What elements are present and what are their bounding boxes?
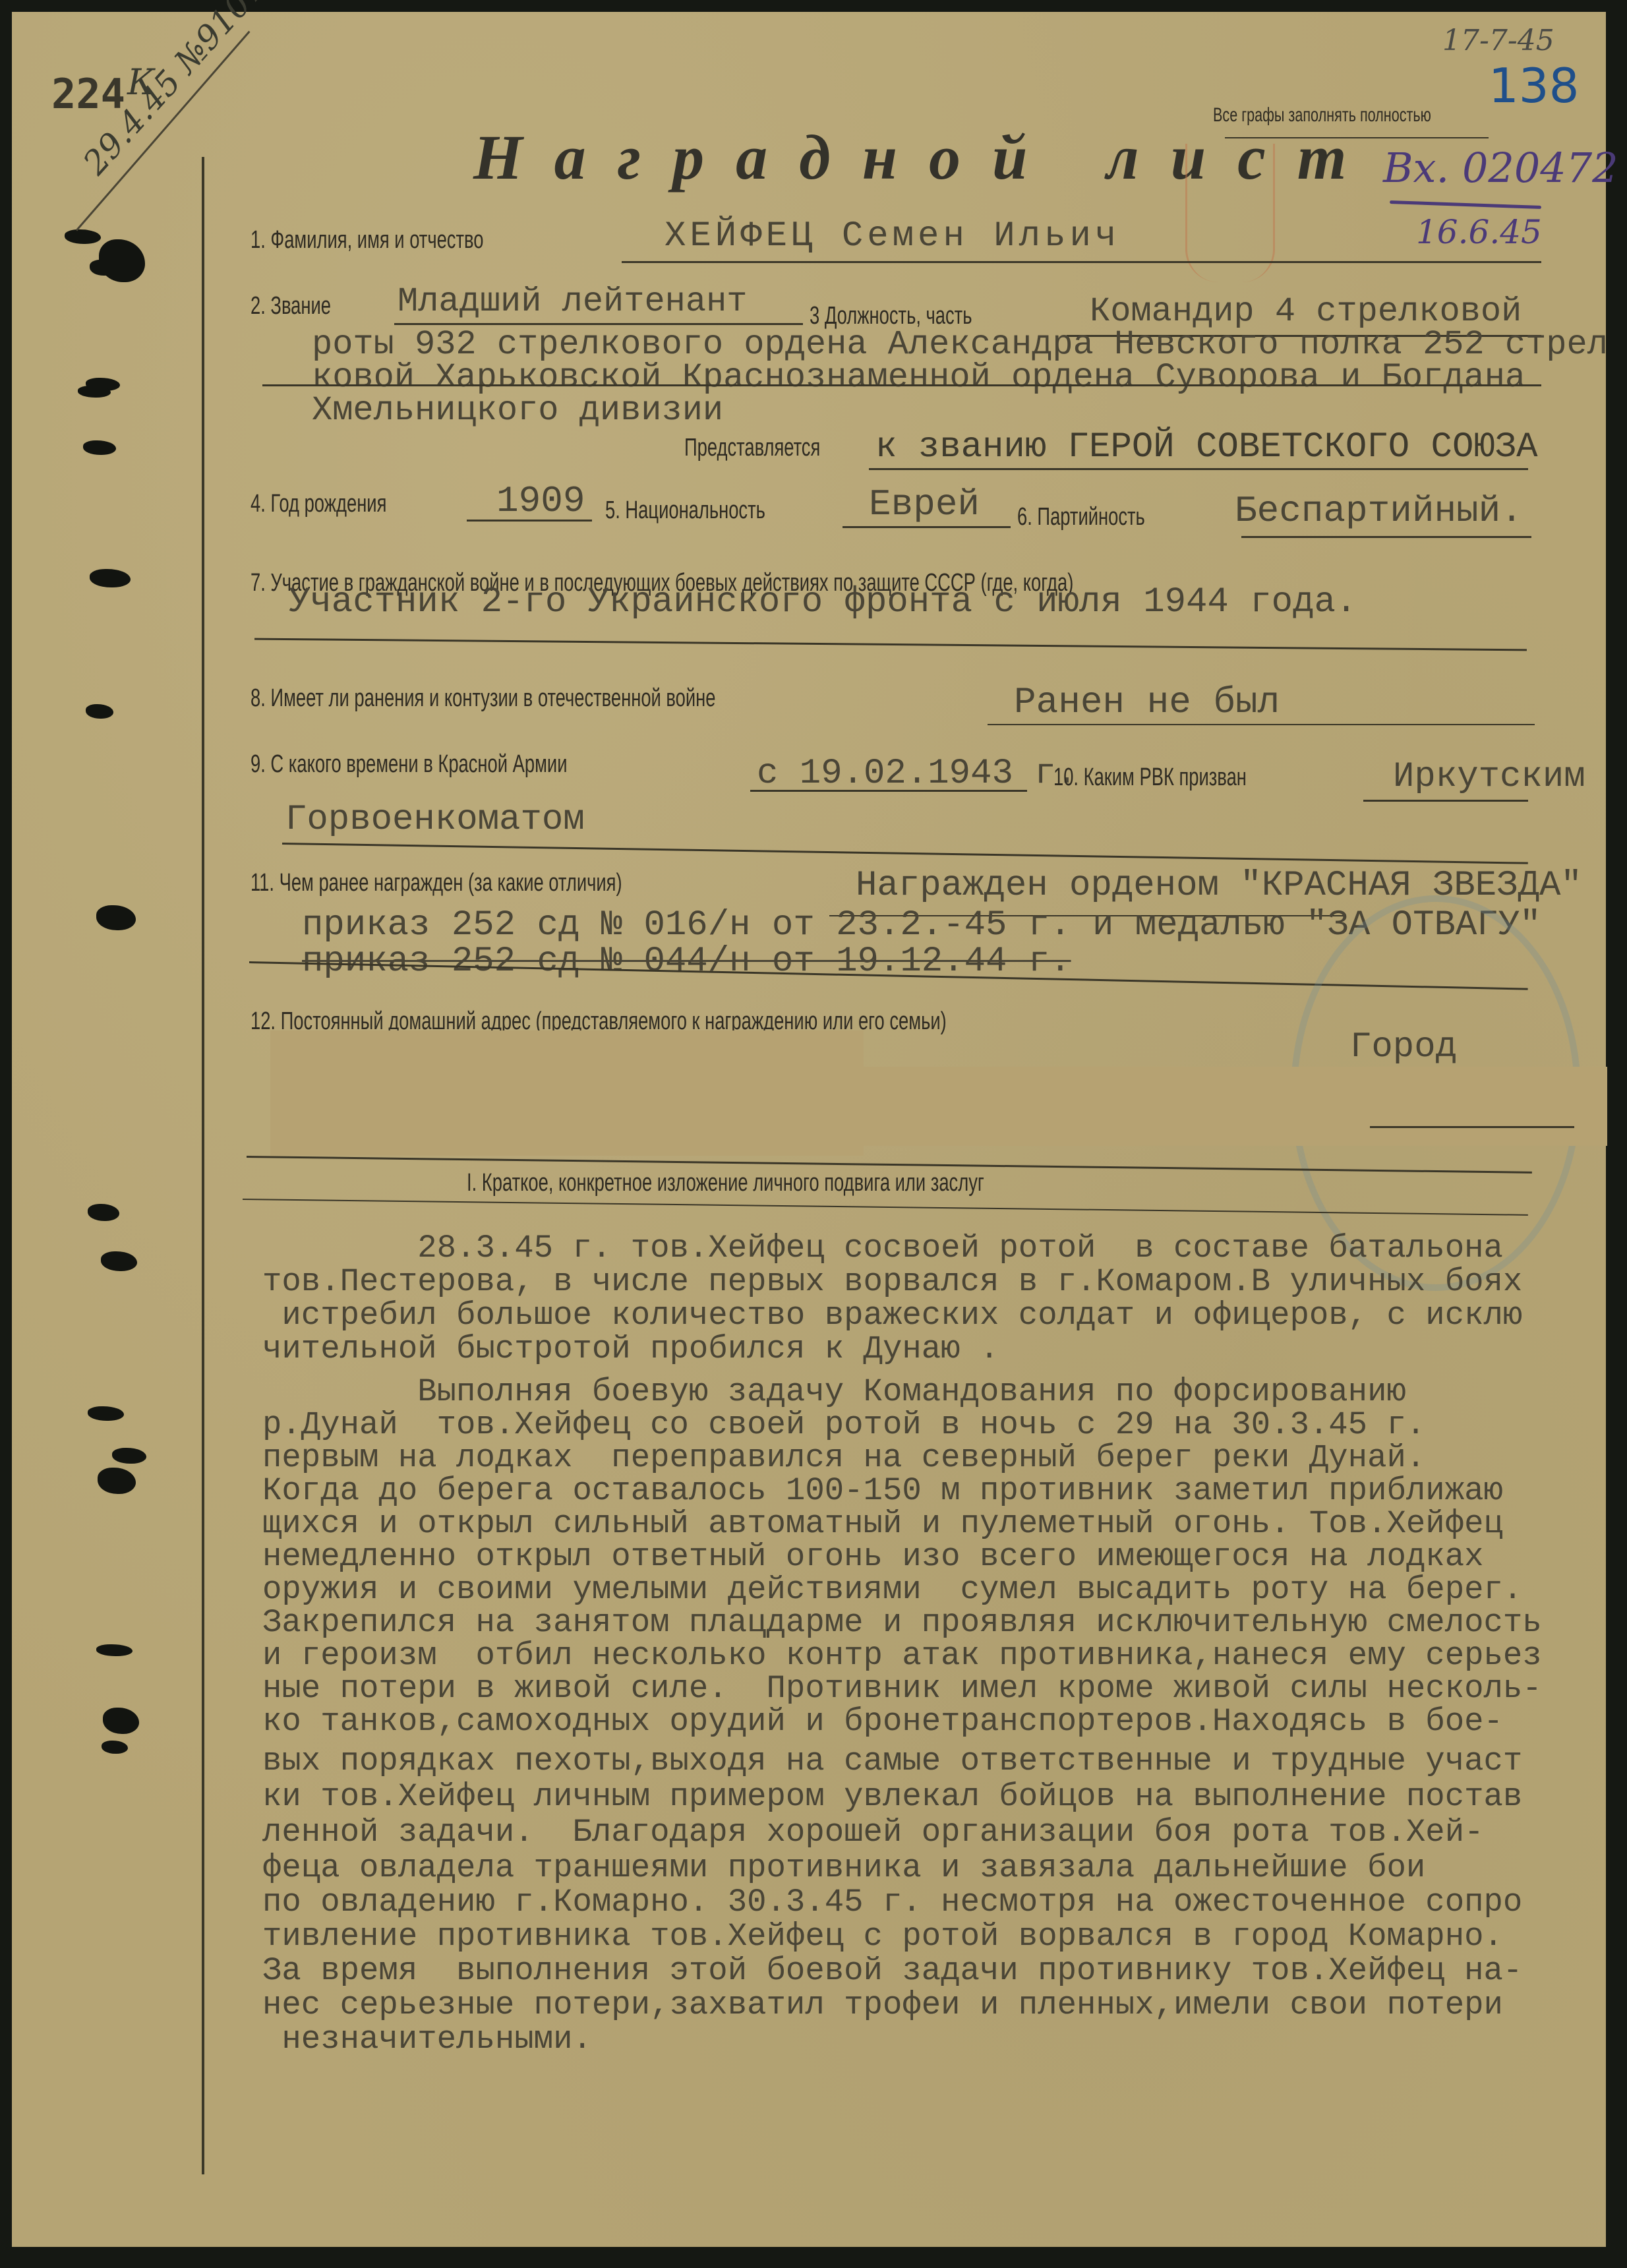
document-sheet: 224 К 29.4.45 №9107 Наградной лист 17-7-…: [12, 12, 1606, 2247]
narrative-line: по овладению г.Комарно. 30.3.45 г. несмо…: [262, 1886, 1607, 1920]
field-1-value: ХЕЙФЕЦ Семен Ильич: [665, 216, 1120, 256]
field-3-value-line-4: Хмельницкого дивизии: [312, 391, 723, 430]
underline: [1370, 1126, 1574, 1128]
binding-hole: [78, 386, 111, 398]
field-6-value: Беспартийный.: [1235, 490, 1523, 532]
narrative-line: нес серьезные потери,захватил трофеи и п…: [262, 1988, 1607, 2023]
binding-hole: [98, 1468, 136, 1494]
field-6-label: 6. Партийность: [1017, 503, 1145, 531]
field-2-value: Младший лейтенант: [398, 282, 748, 321]
binding-hole: [90, 260, 116, 276]
binding-hole: [112, 1448, 146, 1464]
binding-hole: [101, 1251, 137, 1271]
underline: [750, 790, 1027, 792]
underline: [282, 843, 1528, 864]
underline: [988, 724, 1535, 725]
narrative-line: истребил большое количество вражеских со…: [262, 1299, 1607, 1333]
field-9-label: 9. С какого времени в Красной Армии: [251, 750, 567, 779]
binding-hole: [88, 1406, 124, 1421]
nomination-value: к званию ГЕРОЙ СОВЕТСКОГО СОЮЗА: [875, 427, 1538, 467]
binding-hole: [103, 1708, 139, 1734]
narrative-line: За время выполнения этой боевой задачи п…: [262, 1954, 1607, 1988]
narrative-line: ные потери в живой силе. Противник имел …: [262, 1672, 1607, 1706]
binding-hole: [96, 1644, 133, 1656]
narrative-line: вых порядках пехоты,выходя на самые отве…: [262, 1745, 1607, 1779]
narrative-line: немедленно открыл ответный огонь изо все…: [262, 1540, 1607, 1574]
page-number: 138: [1489, 58, 1579, 113]
narrative-line: р.Дунай тов.Хейфец со своей ротой в ночь…: [262, 1408, 1607, 1443]
fill-instruction: Все графы заполнять полностью: [1213, 104, 1431, 127]
field-4-label: 4. Год рождения: [251, 490, 386, 518]
underline: [869, 468, 1528, 470]
binding-hole: [83, 440, 116, 455]
incoming-number: Вх. 020472: [1383, 144, 1618, 192]
field-5-label: 5. Национальность: [605, 496, 765, 525]
field-11-value-line-1: Награжден орденом "КРАСНАЯ ЗВЕЗДА": [856, 866, 1582, 906]
field-10-value-line-2: Горвоенкоматом: [285, 800, 585, 840]
field-11-label: 11. Чем ранее награжден (за какие отличи…: [251, 869, 622, 897]
narrative-line: щихся и открыл сильный автоматный и пуле…: [262, 1507, 1607, 1541]
narrative-line: 28.3.45 г. тов.Хейфец сосвоей ротой в со…: [262, 1232, 1607, 1266]
handwritten-date-top: 17-7-45: [1442, 24, 1554, 57]
narrative-line: оружия и своими умелыми действиями сумел…: [262, 1573, 1607, 1607]
field-2-label: 2. Звание: [251, 292, 331, 320]
underline: [843, 526, 1011, 528]
field-1-label: 1. Фамилия, имя и отчество: [251, 226, 483, 254]
archive-number: 224: [51, 70, 125, 118]
field-7-value: Участник 2-го Украинского фронта с июля …: [289, 582, 1357, 622]
narrative-line: ки тов.Хейфец личным примером увлекал бо…: [262, 1780, 1607, 1814]
field-10-value-line-1: Иркутским: [1393, 757, 1585, 797]
narrative-line: тивление противника тов.Хейфец с ротой в…: [262, 1920, 1607, 1954]
field-8-value: Ранен не был: [1014, 681, 1280, 723]
binding-hole: [65, 229, 101, 244]
field-5-value: Еврей: [869, 483, 980, 525]
field-9-value: с 19.02.1943 г.: [757, 754, 1077, 794]
underline: [1225, 137, 1489, 138]
redacted-address: [270, 1030, 864, 1156]
binding-hole: [90, 569, 131, 587]
binding-hole: [86, 704, 113, 719]
narrative-line: чительной быстротой пробился к Дунаю .: [262, 1332, 1607, 1367]
redacted-address: [862, 1067, 1607, 1146]
underline: [1363, 800, 1528, 802]
field-10-label: 10. Каким РВК призван: [1053, 763, 1247, 792]
underline: [262, 384, 1541, 386]
narrative-line: Когда до берега оставалось 100-150 м про…: [262, 1474, 1607, 1508]
underline: [467, 520, 592, 522]
underline-violet: [1390, 200, 1541, 209]
incoming-date: 16.6.45: [1416, 213, 1542, 251]
narrative-line: тов.Пестерова, в числе первых ворвался в…: [262, 1265, 1607, 1299]
underline: [1241, 536, 1531, 538]
field-4-value: 1909: [496, 480, 585, 522]
narrative-line: феца овладела траншеями противника и зав…: [262, 1851, 1607, 1886]
narrative-line: и героизм отбил несколько контр атак про…: [262, 1639, 1607, 1673]
narrative-line: ко танков,самоходных орудий и бронетранс…: [262, 1705, 1607, 1739]
narrative-line: незначительными.: [262, 2023, 1607, 2057]
underline: [622, 261, 1541, 263]
margin-rule: [202, 157, 204, 2174]
narrative-line: ленной задачи. Благодаря хорошей организ…: [262, 1816, 1607, 1850]
field-8-label: 8. Имеет ли ранения и контузии в отечест…: [251, 684, 715, 713]
narrative-line: Закрепился на занятом плацдарме и проявл…: [262, 1606, 1607, 1640]
binding-hole: [88, 1204, 119, 1221]
section-heading: I. Краткое, конкретное изложение личного…: [467, 1169, 984, 1197]
narrative-line: первым на лодках переправился на северны…: [262, 1441, 1607, 1476]
binding-hole: [102, 1741, 128, 1754]
nomination-label: Представляется: [684, 434, 820, 462]
narrative-line: Выполняя боевую задачу Командования по ф…: [262, 1375, 1607, 1410]
binding-hole: [96, 905, 136, 930]
underline: [254, 638, 1527, 651]
